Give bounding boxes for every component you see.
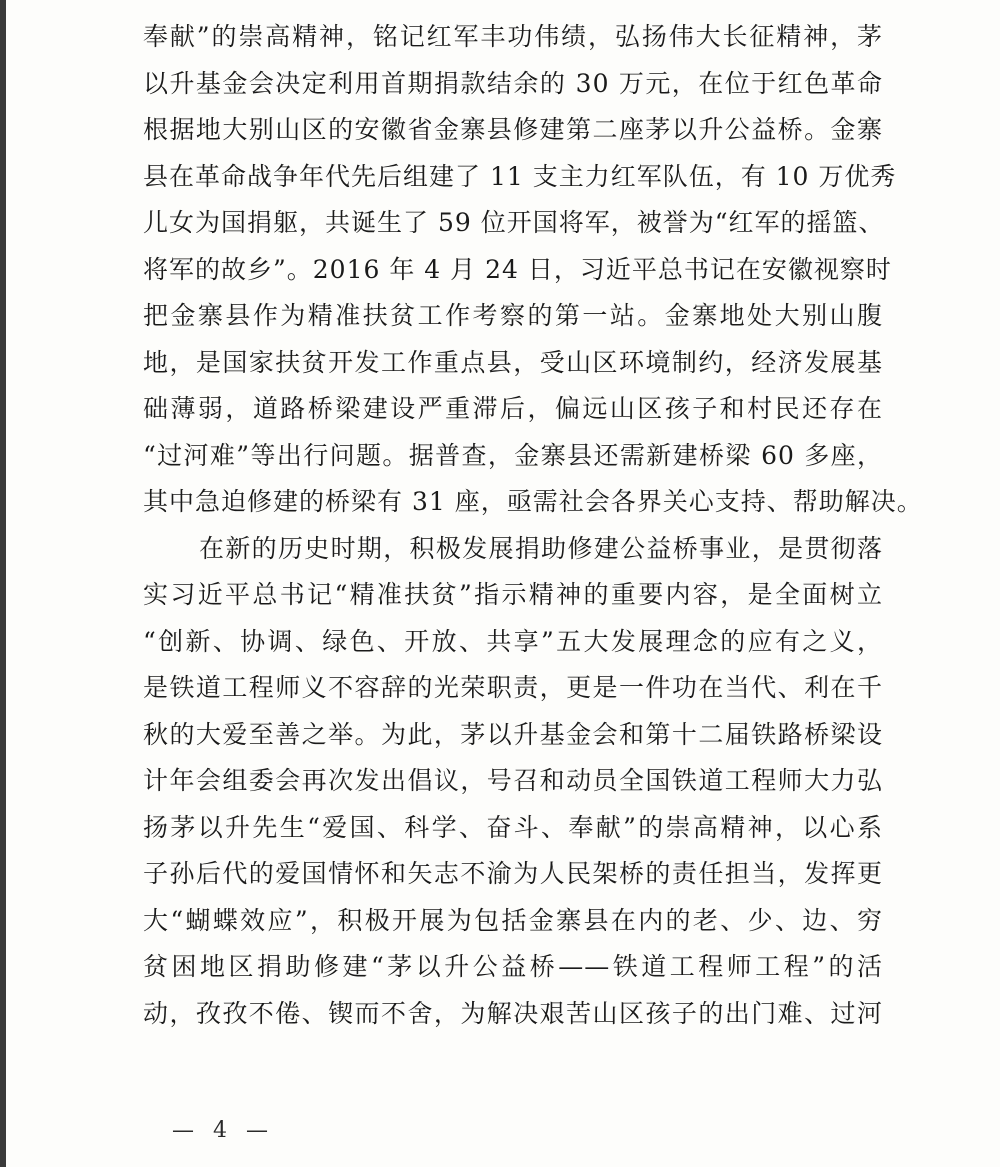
text-line: 秋的大爱至善之举。为此，茅以升基金会和第十二届铁路桥梁设 — [143, 712, 883, 759]
text-line: 将军的故乡”。2016 年 4 月 24 日，习近平总书记在安徽视察时 — [143, 247, 883, 294]
text-line: 计年会组委会再次发出倡议，号召和动员全国铁道工程师大力弘 — [143, 758, 883, 805]
text-line: “创新、协调、绿色、开放、共享”五大发展理念的应有之义， — [143, 619, 883, 666]
scan-edge — [0, 0, 6, 1167]
text-line: 大“蝴蝶效应”，积极开展为包括金寨县在内的老、少、边、穷 — [143, 898, 883, 945]
text-line: 扬茅以升先生“爱国、科学、奋斗、奉献”的崇高精神，以心系 — [143, 805, 883, 852]
text-line: 以升基金会决定利用首期捐款结余的 30 万元，在位于红色革命 — [143, 61, 883, 108]
text-line: 奉献”的崇高精神，铭记红军丰功伟绩，弘扬伟大长征精神，茅 — [143, 14, 883, 61]
text-line: 础薄弱，道路桥梁建设严重滞后，偏远山区孩子和村民还存在 — [143, 386, 883, 433]
text-line: 是铁道工程师义不容辞的光荣职责，更是一件功在当代、利在千 — [143, 665, 883, 712]
page-number: — 4 — — [172, 1118, 274, 1143]
text-line: 实习近平总书记“精准扶贫”指示精神的重要内容，是全面树立 — [143, 572, 883, 619]
text-line: 子孙后代的爱国情怀和矢志不渝为人民架桥的责任担当，发挥更 — [143, 851, 883, 898]
text-line: 县在革命战争年代先后组建了 11 支主力红军队伍，有 10 万优秀 — [143, 154, 883, 201]
text-line: 贫困地区捐助修建“茅以升公益桥——铁道工程师工程”的活 — [143, 944, 883, 991]
text-line: “过河难”等出行问题。据普查，金寨县还需新建桥梁 60 多座， — [143, 433, 883, 480]
text-line: 地，是国家扶贫开发工作重点县，受山区环境制约，经济发展基 — [143, 340, 883, 387]
paragraph-start-line: 在新的历史时期，积极发展捐助修建公益桥事业，是贯彻落 — [143, 526, 883, 573]
document-page: 奉献”的崇高精神，铭记红军丰功伟绩，弘扬伟大长征精神，茅 以升基金会决定利用首期… — [0, 0, 1000, 1167]
text-line: 动，孜孜不倦、锲而不舍，为解决艰苦山区孩子的出门难、过河 — [143, 991, 883, 1038]
text-line: 儿女为国捐躯，共诞生了 59 位开国将军，被誉为“红军的摇篮、 — [143, 200, 883, 247]
text-line: 把金寨县作为精准扶贫工作考察的第一站。金寨地处大别山腹 — [143, 293, 883, 340]
text-line: 根据地大别山区的安徽省金寨县修建第二座茅以升公益桥。金寨 — [143, 107, 883, 154]
body-text: 奉献”的崇高精神，铭记红军丰功伟绩，弘扬伟大长征精神，茅 以升基金会决定利用首期… — [143, 14, 883, 1037]
text-line: 其中急迫修建的桥梁有 31 座，亟需社会各界关心支持、帮助解决。 — [143, 479, 883, 526]
